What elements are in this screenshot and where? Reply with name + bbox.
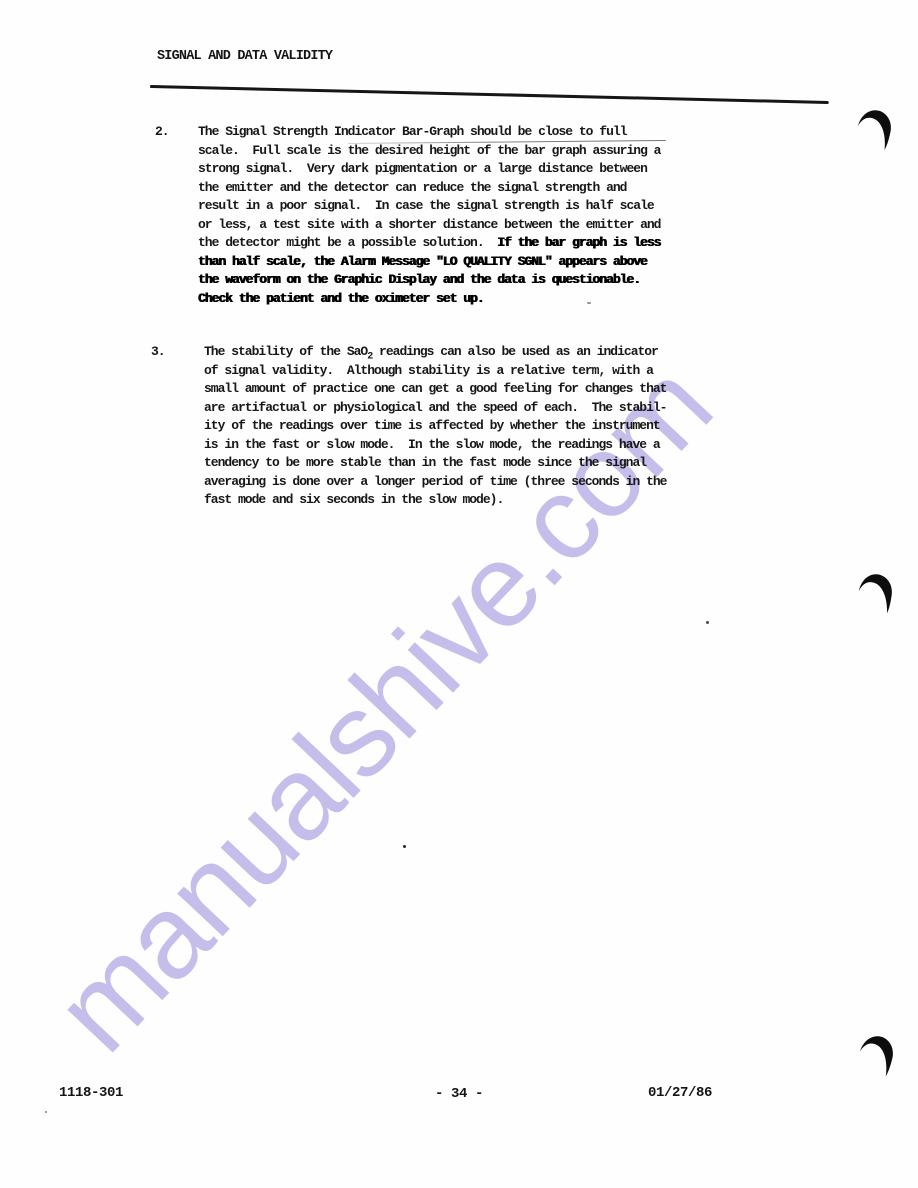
- body-text: scale. Full scale is the desired height …: [198, 143, 661, 158]
- footer-date: 01/27/86: [648, 1083, 712, 1103]
- text-line: fast mode and six seconds in the slow mo…: [204, 491, 667, 510]
- text-line: of signal validity. Although stability i…: [204, 362, 667, 381]
- item-3-text: The stability of the SaO2 readings can a…: [204, 343, 667, 510]
- scan-crescent-artifact: [855, 105, 895, 151]
- body-text: or less, a test site with a shorter dist…: [198, 217, 661, 232]
- scan-speck-artifact: [587, 302, 591, 304]
- text-line: The stability of the SaO2 readings can a…: [204, 343, 667, 362]
- item-2-number: 2.: [155, 123, 169, 142]
- scanned-manual-page: SIGNAL AND DATA VALIDITY manualshive.com…: [0, 0, 918, 1188]
- body-text: is in the fast or slow mode. In the slow…: [204, 437, 660, 452]
- body-text: result in a poor signal. In case the sig…: [198, 198, 654, 213]
- emphasized-text: If the bar graph is less: [497, 235, 660, 250]
- footer-document-number: 1118-301: [59, 1083, 123, 1103]
- body-text: averaging is done over a longer period o…: [204, 474, 667, 489]
- body-text: are artifactual or physiological and the…: [204, 400, 667, 415]
- emphasized-text: the waveform on the Graphic Display and …: [198, 272, 640, 287]
- scan-speck-artifact: [403, 845, 406, 848]
- text-line: than half scale, the Alarm Message "LO Q…: [198, 253, 661, 272]
- text-line: strong signal. Very dark pigmentation or…: [198, 160, 661, 179]
- emphasized-text: Check the patient and the oximeter set u…: [198, 291, 484, 306]
- page-title: SIGNAL AND DATA VALIDITY: [157, 48, 332, 66]
- body-text: The stability of the SaO: [204, 344, 367, 359]
- body-text: readings can also be used as an indicato…: [372, 344, 658, 359]
- body-text: ity of the readings over time is affecte…: [204, 418, 660, 433]
- text-line: is in the fast or slow mode. In the slow…: [204, 436, 667, 455]
- text-line: Check the patient and the oximeter set u…: [198, 290, 661, 309]
- emphasized-text: than half scale, the Alarm Message "LO Q…: [198, 254, 647, 269]
- body-text: tendency to be more stable than in the f…: [204, 455, 646, 470]
- scan-crescent-artifact: [856, 1030, 898, 1077]
- body-text: the emitter and the detector can reduce …: [198, 180, 626, 195]
- text-line: are artifactual or physiological and the…: [204, 399, 667, 418]
- text-line: or less, a test site with a shorter dist…: [198, 216, 661, 235]
- scan-crescent-artifact: [854, 568, 897, 617]
- body-text: fast mode and six seconds in the slow mo…: [204, 492, 503, 507]
- body-text: of signal validity. Although stability i…: [204, 363, 653, 378]
- body-text: the detector might be a possible solutio…: [198, 235, 497, 250]
- text-line: The Signal Strength Indicator Bar-Graph …: [198, 123, 661, 142]
- item-3-number: 3.: [151, 343, 165, 362]
- scan-speck-artifact: [706, 621, 709, 624]
- body-text: The Signal Strength Indicator Bar-Graph …: [198, 124, 626, 139]
- header-rule: [150, 85, 829, 104]
- scan-speck-artifact: [45, 1111, 47, 1113]
- item-2-text: The Signal Strength Indicator Bar-Graph …: [198, 123, 661, 308]
- text-line: the waveform on the Graphic Display and …: [198, 271, 661, 290]
- text-line: the emitter and the detector can reduce …: [198, 179, 661, 198]
- footer-page-number: - 34 -: [435, 1084, 483, 1104]
- text-line: ity of the readings over time is affecte…: [204, 417, 667, 436]
- text-line: averaging is done over a longer period o…: [204, 473, 667, 492]
- body-text: small amount of practice one can get a g…: [204, 381, 667, 396]
- text-line: the detector might be a possible solutio…: [198, 234, 661, 253]
- text-line: tendency to be more stable than in the f…: [204, 454, 667, 473]
- body-text: strong signal. Very dark pigmentation or…: [198, 161, 647, 176]
- text-line: scale. Full scale is the desired height …: [198, 142, 661, 161]
- text-line: small amount of practice one can get a g…: [204, 380, 667, 399]
- text-line: result in a poor signal. In case the sig…: [198, 197, 661, 216]
